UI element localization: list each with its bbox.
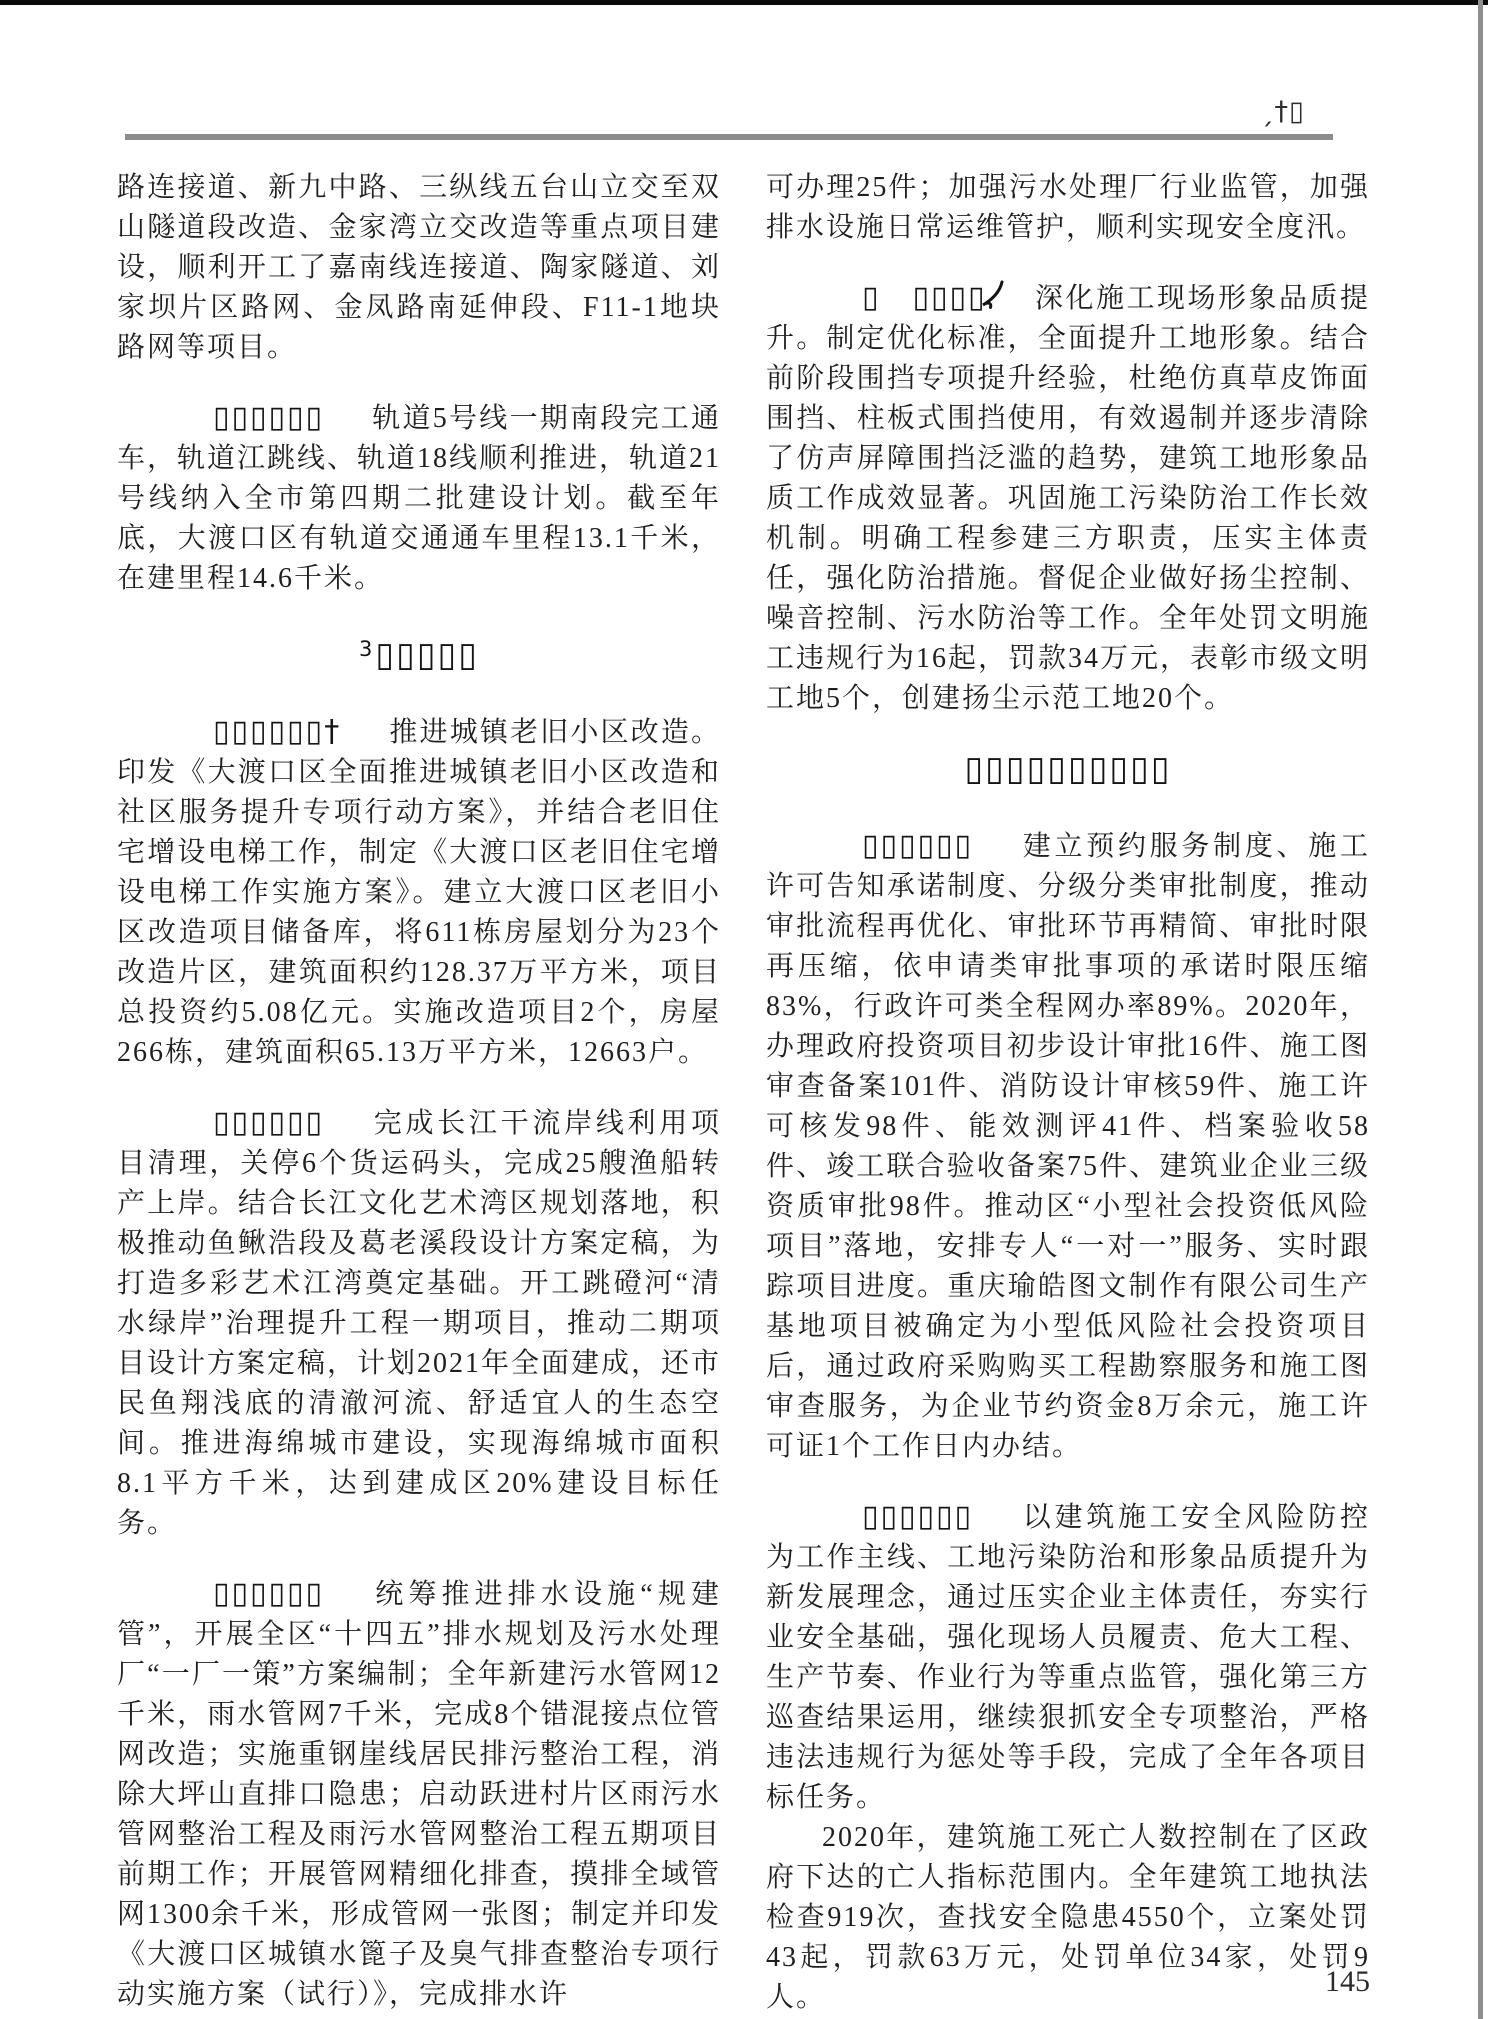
bold-lead-placeholder: ▯▯▯▯▯▯ xyxy=(862,1499,973,1534)
paragraph-site-image-quality: ▯▯▯▯▯深化施工现场形象品质提升。制定优化标准，全面提升工地形象。结合前阶段围… xyxy=(766,278,1370,719)
paragraph-text: 统筹推进排水设施“规建管”，开展全区“十四五”排水规划及污水处理厂“一厂一策”方… xyxy=(117,1579,721,2010)
paragraph-rail-transit: ▯▯▯▯▯▯轨道5号线一期南段完工通车，轨道江跳线、轨道18线顺利推进，轨道21… xyxy=(117,398,721,599)
paragraph-text: 推进城镇老旧小区改造。印发《大渡口区全面推进城镇老旧小区改造和社区服务提升专项行… xyxy=(117,717,721,1068)
section-heading-left: 3▯▯▯▯▯ xyxy=(117,629,721,676)
bold-lead-placeholder: ▯▯▯▯▯▯ xyxy=(213,400,324,435)
paragraph-old-district-renewal: ▯▯▯▯▯▯†推进城镇老旧小区改造。印发《大渡口区全面推进城镇老旧小区改造和社区… xyxy=(117,712,721,1073)
section-heading-right: ▯▯▯▯▯▯▯▯▯▯ xyxy=(766,749,1370,790)
paragraph-sewage-supervision: 可办理25件；加强污水处理厂行业监管，加强排水设施日常运维管护，顺利实现安全度汛… xyxy=(766,168,1370,248)
running-head-mark: ˏ†▯ xyxy=(1260,96,1305,127)
paragraph-text: 路连接道、新九中路、三纵线五台山立交至双山隧道段改造、金家湾立交改造等重点项目建… xyxy=(117,172,721,363)
scan-edge-top xyxy=(0,0,1488,5)
heading-placeholder-boxes: ▯▯▯▯▯ xyxy=(375,635,479,675)
paragraph-text: 完成长江干流岸线利用项目清理，关停6个货运码头，完成25艘渔船转产上岸。结合长江… xyxy=(117,1108,721,1539)
left-column: 路连接道、新九中路、三纵线五台山立交至双山隧道段改造、金家湾立交改造等重点项目建… xyxy=(117,168,721,2015)
paragraph-drainage-network: ▯▯▯▯▯▯统筹推进排水设施“规建管”，开展全区“十四五”排水规划及污水处理厂“… xyxy=(117,1574,721,2015)
paragraph-text: 建立预约服务制度、施工许可告知承诺制度、分级分类审批制度，推动审批流程再优化、审… xyxy=(766,831,1370,1462)
paragraph-riverbank-ecology: ▯▯▯▯▯▯完成长江干流岸线利用项目清理，关停6个货运码头，完成25艘渔船转产上… xyxy=(117,1103,721,1544)
paragraph-text: 轨道5号线一期南段完工通车，轨道江跳线、轨道18线顺利推进，轨道21号线纳入全市… xyxy=(117,403,721,594)
paragraph-text: 以建筑施工安全风险防控为工作主线、工地污染防治和形象品质提升为新发展理念，通过压… xyxy=(766,1502,1370,1813)
paragraph-text: 可办理25件；加强污水处理厂行业监管，加强排水设施日常运维管护，顺利实现安全度汛… xyxy=(766,172,1370,243)
scan-edge-right xyxy=(1478,0,1483,2019)
bold-lead-placeholder: ▯▯▯▯▯▯† xyxy=(213,714,341,749)
header-rule xyxy=(125,134,1333,140)
paragraph-text: 深化施工现场形象品质提升。制定优化标准，全面提升工地形象。结合前阶段围挡专项提升… xyxy=(766,283,1370,714)
bold-lead-placeholder: ▯▯▯▯ xyxy=(913,280,987,315)
bold-lead-placeholder: ▯▯▯▯▯▯ xyxy=(213,1105,324,1140)
bold-lead-placeholder: ▯ xyxy=(862,280,881,315)
paragraph-approval-reform: ▯▯▯▯▯▯建立预约服务制度、施工许可告知承诺制度、分级分类审批制度，推动审批流… xyxy=(766,826,1370,1467)
scanned-yearbook-page: ˏ†▯ 路连接道、新九中路、三纵线五台山立交至双山隧道段改造、金家湾立交改造等重… xyxy=(0,0,1488,2019)
page-number: 145 xyxy=(1270,1965,1370,1999)
bold-lead-placeholder: ▯▯▯▯▯▯ xyxy=(862,828,973,863)
swash-glyph-icon xyxy=(883,280,909,310)
right-column: 可办理25件；加强污水处理厂行业监管，加强排水设施日常运维管护，顺利实现安全度汛… xyxy=(766,168,1370,2018)
paragraph-construction-safety: ▯▯▯▯▯▯以建筑施工安全风险防控为工作主线、工地污染防治和形象品质提升为新发展… xyxy=(766,1497,1370,1818)
heading-placeholder-boxes: ▯▯▯▯▯▯▯▯▯▯ xyxy=(964,749,1171,789)
bold-lead-placeholder: ▯▯▯▯▯▯ xyxy=(213,1576,324,1611)
paragraph-road-projects: 路连接道、新九中路、三纵线五台山立交至双山隧道段改造、金家湾立交改造等重点项目建… xyxy=(117,168,721,368)
heading-superscript: 3 xyxy=(359,637,374,661)
